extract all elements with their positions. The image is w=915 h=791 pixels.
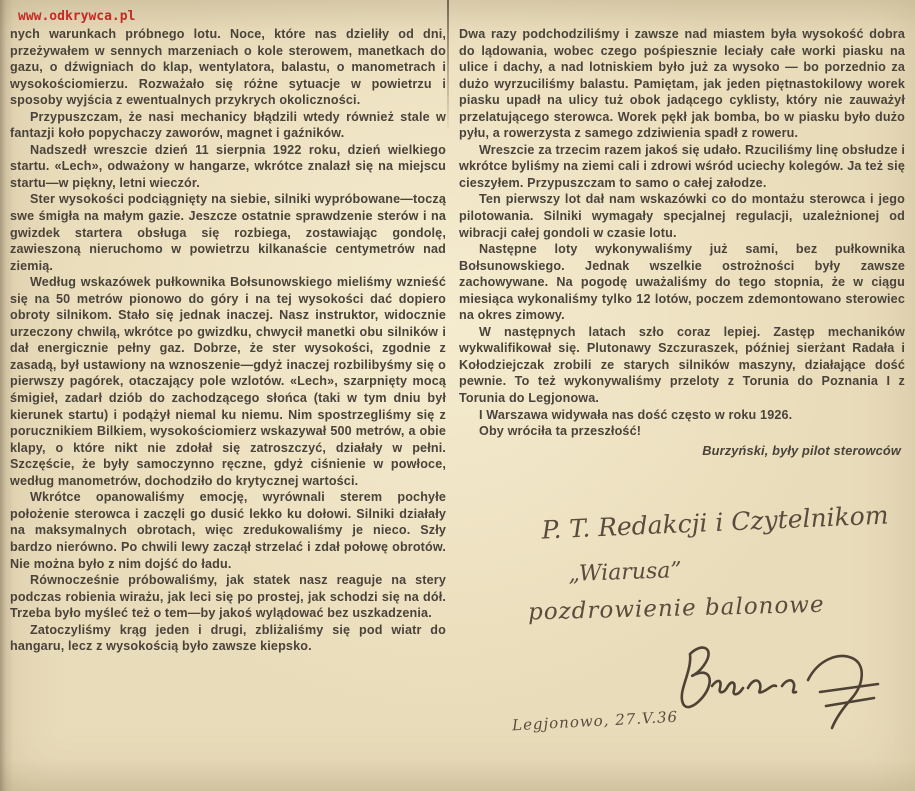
paragraph: W następnych latach szło coraz lepiej. Z… bbox=[459, 324, 905, 407]
author-byline: Burzyński, były pilot sterowców bbox=[459, 443, 905, 460]
paragraph: Według wskazówek pułkownika Bołsunowskie… bbox=[10, 274, 446, 489]
paragraph: Oby wróciła ta przeszłość! bbox=[459, 423, 905, 440]
watermark-url: www.odkrywca.pl bbox=[18, 9, 135, 24]
paragraph: Równocześnie próbowaliśmy, jak statek na… bbox=[10, 572, 446, 622]
paragraph: Zatoczyliśmy krąg jeden i drugi, zbliżal… bbox=[10, 622, 446, 655]
right-text-column: Dwa razy podchodziliśmy i zawsze nad mia… bbox=[459, 26, 905, 459]
paragraph: Następne loty wykonywaliśmy już sami, be… bbox=[459, 241, 905, 324]
column-divider-rule bbox=[447, 0, 449, 128]
left-text-column: nych warunkach próbnego lotu. Noce, któr… bbox=[10, 26, 446, 655]
handwritten-dedication-line1: P. T. Redakcji i Czytelnikom bbox=[540, 500, 891, 544]
paragraph: Przypuszczam, że nasi mechanicy błądzili… bbox=[10, 109, 446, 142]
handwritten-dateline: Legjonowo, 27.V.36 bbox=[512, 708, 679, 735]
paragraph: Ster wysokości podciągnięty na siebie, s… bbox=[10, 191, 446, 274]
paragraph: Dwa razy podchodziliśmy i zawsze nad mia… bbox=[459, 26, 905, 142]
handwritten-dedication-line3: pozdrowienie balonowe bbox=[528, 592, 799, 625]
paragraph: Wreszcie za trzecim razem jakoś się udał… bbox=[459, 142, 905, 192]
paragraph: Ten pierwszy lot dał nam wskazówki co do… bbox=[459, 191, 905, 241]
scanned-document-page: www.odkrywca.pl nych warunkach próbnego … bbox=[0, 0, 915, 791]
handwritten-dedication-line2: „Wiarusa” bbox=[545, 557, 706, 588]
paragraph: Wkrótce opanowaliśmy emocję, wyrównali s… bbox=[10, 489, 446, 572]
paragraph: I Warszawa widywała nas dość często w ro… bbox=[459, 407, 905, 424]
paragraph: nych warunkach próbnego lotu. Noce, któr… bbox=[10, 26, 446, 109]
signature-flourish-icon bbox=[668, 640, 893, 735]
handwritten-signature bbox=[668, 640, 893, 735]
paragraph: Nadszedł wreszcie dzień 11 sierpnia 1922… bbox=[10, 142, 446, 192]
